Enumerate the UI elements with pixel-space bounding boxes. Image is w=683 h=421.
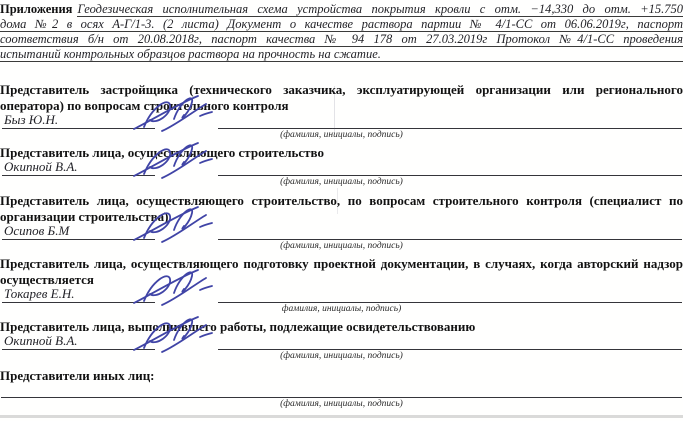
appendices-label: Приложения <box>0 2 72 17</box>
signature-caption: (фамилия, инициалы, подпись) <box>0 177 683 188</box>
signature-line: Осипов Б.М <box>0 225 683 240</box>
signatory-name: Быз Ю.Н. <box>4 112 58 128</box>
signature-block-heading: Представитель лица, осуществляющего стро… <box>0 193 683 225</box>
scan-edge-streak <box>0 415 683 418</box>
appendix-line: Приложения Геодезическая исполнительная … <box>0 2 683 17</box>
name-underline <box>2 239 155 240</box>
signature-line-empty <box>0 394 683 398</box>
signature-block-heading: Представитель лица, выполнившего работы,… <box>0 319 683 335</box>
signature-block-heading: Представитель застройщика (технического … <box>0 82 683 114</box>
signature-block-heading: Представитель лица, осуществляющего подг… <box>0 256 683 288</box>
signature-caption: (фамилия, инициалы, подпись) <box>0 351 683 362</box>
signature-block-construction-control-rep: Представитель лица, осуществляющего стро… <box>0 193 683 252</box>
appendix-line: испытаний контрольных образцов раствора … <box>0 47 683 62</box>
signature-block-design-doc-rep: Представитель лица, осуществляющего подг… <box>0 256 683 315</box>
signatory-name: Окипной В.А. <box>4 159 78 175</box>
name-underline <box>2 302 155 303</box>
name-underline <box>2 175 155 176</box>
signature-block-builder-rep: Представитель лица, осуществляющего стро… <box>0 145 683 188</box>
signature-line: Окипной В.А. <box>0 335 683 350</box>
signature-underline <box>218 349 682 350</box>
signatory-name: Окипной В.А. <box>4 333 78 349</box>
signature-block-heading: Представители иных лиц: <box>0 368 683 384</box>
signature-caption: (фамилия, инициалы, подпись) <box>0 241 683 252</box>
appendix-text: Геодезическая исполнительная схема устро… <box>77 2 683 17</box>
signatory-name: Токарев Е.Н. <box>4 286 75 302</box>
scan-crease-artifact <box>334 86 335 134</box>
signature-block-other-persons: Представители иных лиц: (фамилия, инициа… <box>0 368 683 410</box>
signature-underline <box>218 175 682 176</box>
signature-underline <box>218 128 682 129</box>
signature-underline <box>1 397 682 398</box>
signature-line: Токарев Е.Н. <box>0 288 683 303</box>
signature-line: Окипной В.А. <box>0 161 683 176</box>
signature-line: Быз Ю.Н. <box>0 114 683 129</box>
signatory-name: Осипов Б.М <box>4 223 69 239</box>
signature-block-heading: Представитель лица, осуществляющего стро… <box>0 145 683 161</box>
signature-block-work-performer-rep: Представитель лица, выполнившего работы,… <box>0 319 683 362</box>
signature-caption: (фамилия, инициалы, подпись) <box>0 130 683 141</box>
signature-block-developer-rep: Представитель застройщика (технического … <box>0 82 683 141</box>
signature-caption: фамилия, инициалы, подпись) <box>0 304 683 315</box>
signature-caption: (фамилия, инициалы, подпись) <box>0 399 683 410</box>
name-underline <box>2 349 155 350</box>
appendix-line: дома №2 в осях А-Г/1-3. (2 листа) Докуме… <box>0 17 683 32</box>
scanned-act-signature-page: Приложения Геодезическая исполнительная … <box>0 0 683 421</box>
appendices-paragraph: Приложения Геодезическая исполнительная … <box>0 0 683 62</box>
signature-underline <box>218 302 682 303</box>
name-underline <box>2 128 155 129</box>
appendix-line: соответствия б/н от 20.08.2018г, паспорт… <box>0 32 683 47</box>
scan-crease-artifact <box>337 188 338 214</box>
signature-underline <box>218 239 682 240</box>
